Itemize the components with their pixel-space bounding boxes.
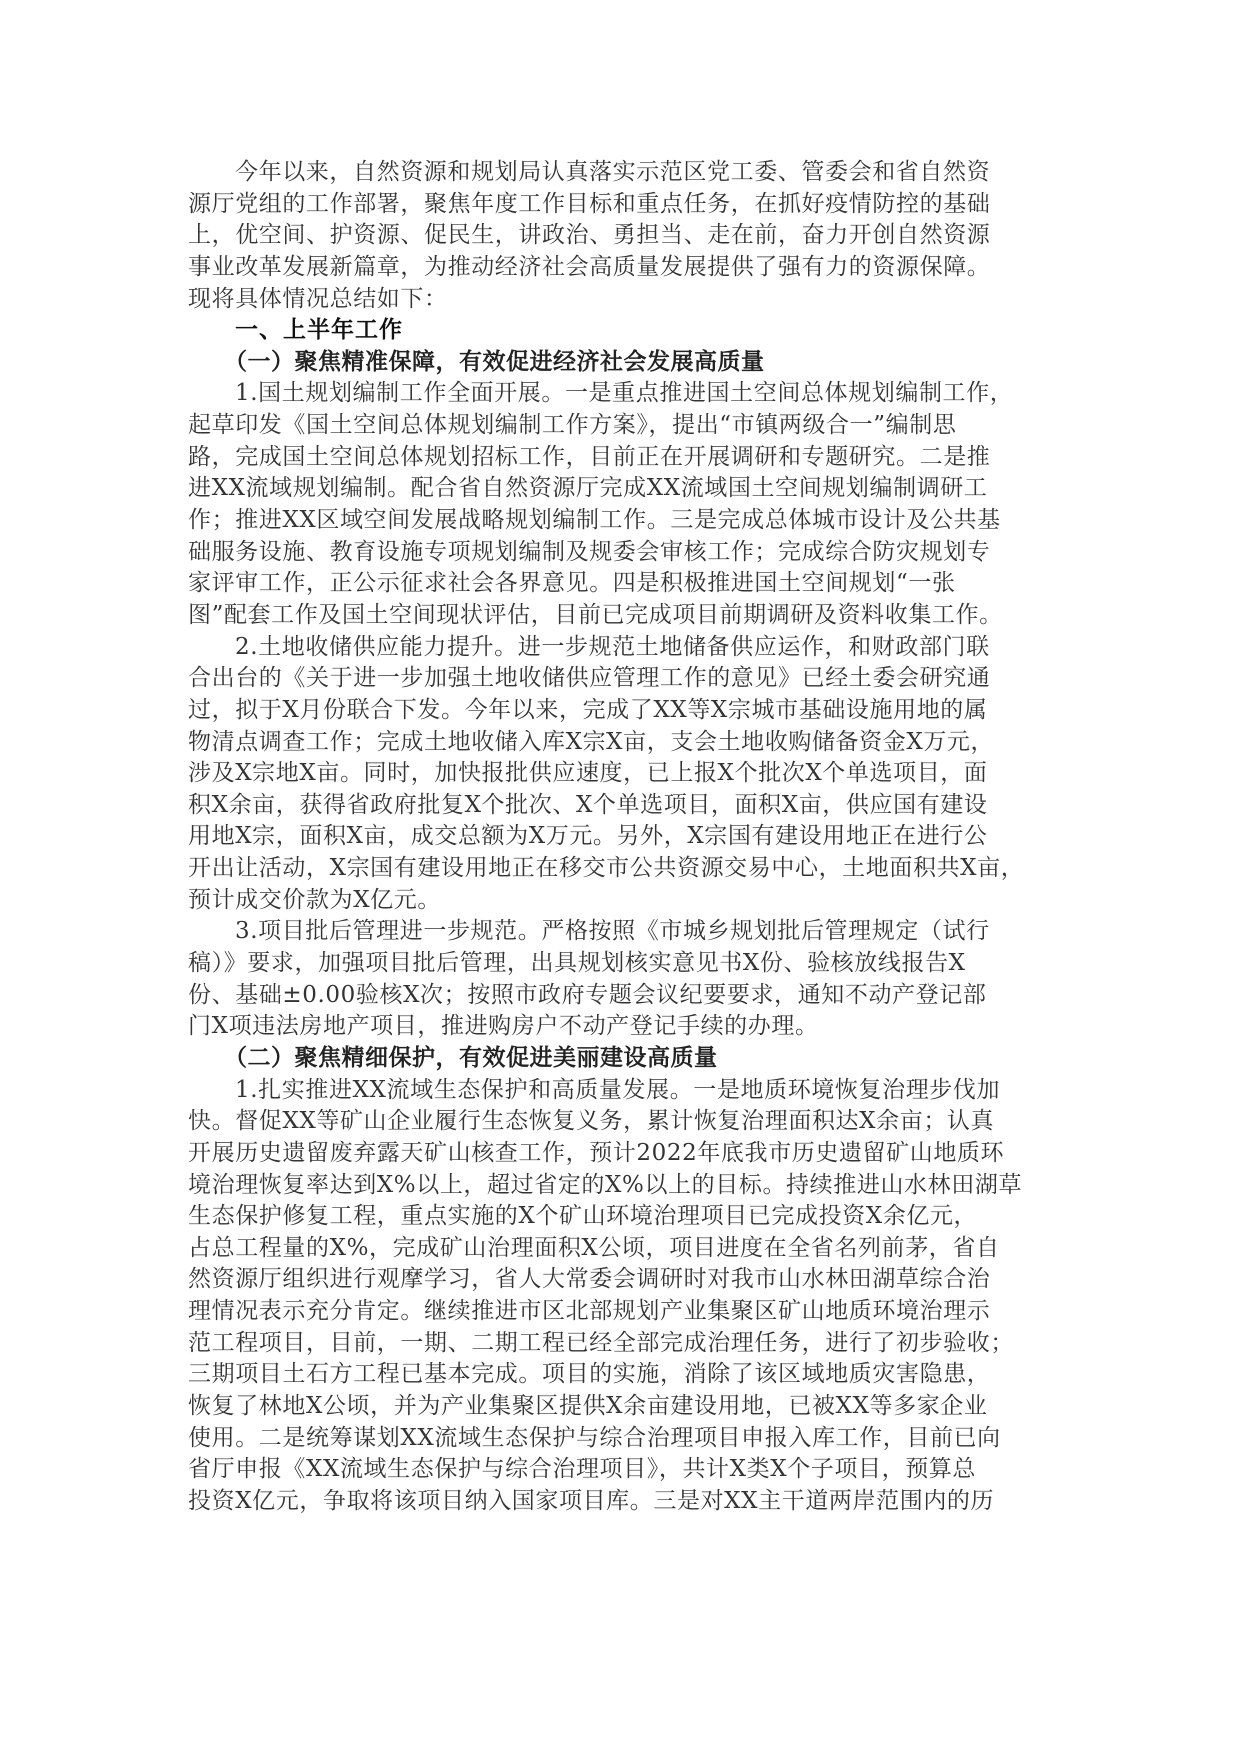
text-line: 过，拟于X月份联合下发。今年以来，完成了XX等X宗城市基础设施用地的属 — [188, 695, 1040, 727]
text-line: 现将具体情况总结如下： — [188, 284, 1040, 316]
text-line: 三期项目土石方工程已基本完成。项目的实施，消除了该区域地质灾害隐患， — [188, 1359, 1040, 1391]
text-line: 门X项违法房地产项目，推进购房户不动产登记手续的办理。 — [188, 1011, 1040, 1043]
text-line: 事业改革发展新篇章，为推动经济社会高质量发展提供了强有力的资源保障。 — [188, 252, 1040, 284]
text-line: 投资X亿元，争取将该项目纳入国家项目库。三是对XX主干道两岸范围内的历 — [188, 1486, 1040, 1518]
text-line: 境治理恢复率达到X%以上，超过省定的X%以上的目标。持续推进山水林田湖草 — [188, 1170, 1040, 1202]
text-line: 上，优空间、护资源、促民生，讲政治、勇担当、走在前，奋力开创自然资源 — [188, 220, 1040, 252]
text-line: 家评审工作，正公示征求社会各界意见。四是积极推进国土空间规划“一张 — [188, 568, 1040, 600]
text-line: 图”配套工作及国土空间现状评估，目前已完成项目前期调研及资料收集工作。 — [188, 600, 1040, 632]
text-line: 快。督促XX等矿山企业履行生态恢复义务，累计恢复治理面积达X余亩；认真 — [188, 1106, 1040, 1138]
paragraph-project-management: 3.项目批后管理进一步规范。严格按照《市城乡规划批后管理规定（试行 稿）》要求，… — [188, 916, 1040, 1043]
text-line: 物清点调查工作；完成土地收储入库X宗X亩，支会土地收购储备资金X万元， — [188, 727, 1040, 759]
text-line: 开出让活动，X宗国有建设用地正在移交市公共资源交易中心，土地面积共X亩， — [188, 853, 1040, 885]
text-line: 进XX流域规划编制。配合省自然资源厅完成XX流域国土空间规划编制调研工 — [188, 473, 1040, 505]
document-page: 今年以来，自然资源和规划局认真落实示范区党工委、管委会和省自然资 源厅党组的工作… — [188, 157, 1040, 1518]
text-line: 今年以来，自然资源和规划局认真落实示范区党工委、管委会和省自然资 — [188, 157, 1040, 189]
text-line: 路，完成国土空间总体规划招标工作，目前正在开展调研和专题研究。二是推 — [188, 442, 1040, 474]
subsection-heading: （二）聚焦精细保护，有效促进美丽建设高质量 — [188, 1043, 1040, 1075]
paragraph-land-reserve: 2.土地收储供应能力提升。进一步规范土地储备供应运作，和财政部门联 合出台的《关… — [188, 632, 1040, 917]
text-line: 合出台的《关于进一步加强土地收储供应管理工作的意见》已经土委会研究通 — [188, 663, 1040, 695]
text-line: 范工程项目，目前，一期、二期工程已经全部完成治理任务，进行了初步验收； — [188, 1328, 1040, 1360]
text-line: 使用。二是统筹谋划XX流域生态保护与综合治理项目申报入库工作，目前已向 — [188, 1423, 1040, 1455]
text-line: 预计成交价款为X亿元。 — [188, 885, 1040, 917]
text-line: 恢复了林地X公顷，并为产业集聚区提供X余亩建设用地，已被XX等多家企业 — [188, 1391, 1040, 1423]
text-line: 份、基础±0.00验核X次；按照市政府专题会议纪要要求，通知不动产登记部 — [188, 980, 1040, 1012]
text-line: 2.土地收储供应能力提升。进一步规范土地储备供应运作，和财政部门联 — [188, 632, 1040, 664]
text-line: 作；推进XX区域空间发展战略规划编制工作。三是完成总体城市设计及公共基 — [188, 505, 1040, 537]
text-line: 1.国土规划编制工作全面开展。一是重点推进国土空间总体规划编制工作， — [188, 378, 1040, 410]
text-line: 涉及X宗地X亩。同时，加快报批供应速度，已上报X个批次X个单选项目，面 — [188, 758, 1040, 790]
intro-paragraph: 今年以来，自然资源和规划局认真落实示范区党工委、管委会和省自然资 源厅党组的工作… — [188, 157, 1040, 315]
paragraph-ecological-protection: 1.扎实推进XX流域生态保护和高质量发展。一是地质环境恢复治理步伐加 快。督促X… — [188, 1075, 1040, 1518]
text-line: 生态保护修复工程，重点实施的X个矿山环境治理项目已完成投资X余亿元， — [188, 1201, 1040, 1233]
text-line: 然资源厅组织进行观摩学习，省人大常委会调研时对我市山水林田湖草综合治 — [188, 1264, 1040, 1296]
text-line: 源厅党组的工作部署，聚焦年度工作目标和重点任务，在抓好疫情防控的基础 — [188, 189, 1040, 221]
text-line: 占总工程量的X%，完成矿山治理面积X公顷，项目进度在全省名列前茅，省自 — [188, 1233, 1040, 1265]
paragraph-land-planning: 1.国土规划编制工作全面开展。一是重点推进国土空间总体规划编制工作， 起草印发《… — [188, 378, 1040, 631]
text-line: 稿）》要求，加强项目批后管理，出具规划核实意见书X份、验核放线报告X — [188, 948, 1040, 980]
subsection-heading: （一）聚焦精准保障，有效促进经济社会发展高质量 — [188, 347, 1040, 379]
text-line: 积X余亩，获得省政府批复X个批次、X个单选项目，面积X亩，供应国有建设 — [188, 790, 1040, 822]
text-line: 3.项目批后管理进一步规范。严格按照《市城乡规划批后管理规定（试行 — [188, 916, 1040, 948]
text-line: 理情况表示充分肯定。继续推进市区北部规划产业集聚区矿山地质环境治理示 — [188, 1296, 1040, 1328]
text-line: 用地X宗，面积X亩，成交总额为X万元。另外，X宗国有建设用地正在进行公 — [188, 821, 1040, 853]
text-line: 省厅申报《XX流域生态保护与综合治理项目》，共计X类X个子项目，预算总 — [188, 1454, 1040, 1486]
text-line: 础服务设施、教育设施专项规划编制及规委会审核工作；完成综合防灾规划专 — [188, 537, 1040, 569]
text-line: 起草印发《国土空间总体规划编制工作方案》，提出“市镇两级合一”编制思 — [188, 410, 1040, 442]
section-heading: 一、上半年工作 — [188, 315, 1040, 347]
text-line: 开展历史遗留废弃露天矿山核查工作，预计2022年底我市历史遗留矿山地质环 — [188, 1138, 1040, 1170]
text-line: 1.扎实推进XX流域生态保护和高质量发展。一是地质环境恢复治理步伐加 — [188, 1075, 1040, 1107]
